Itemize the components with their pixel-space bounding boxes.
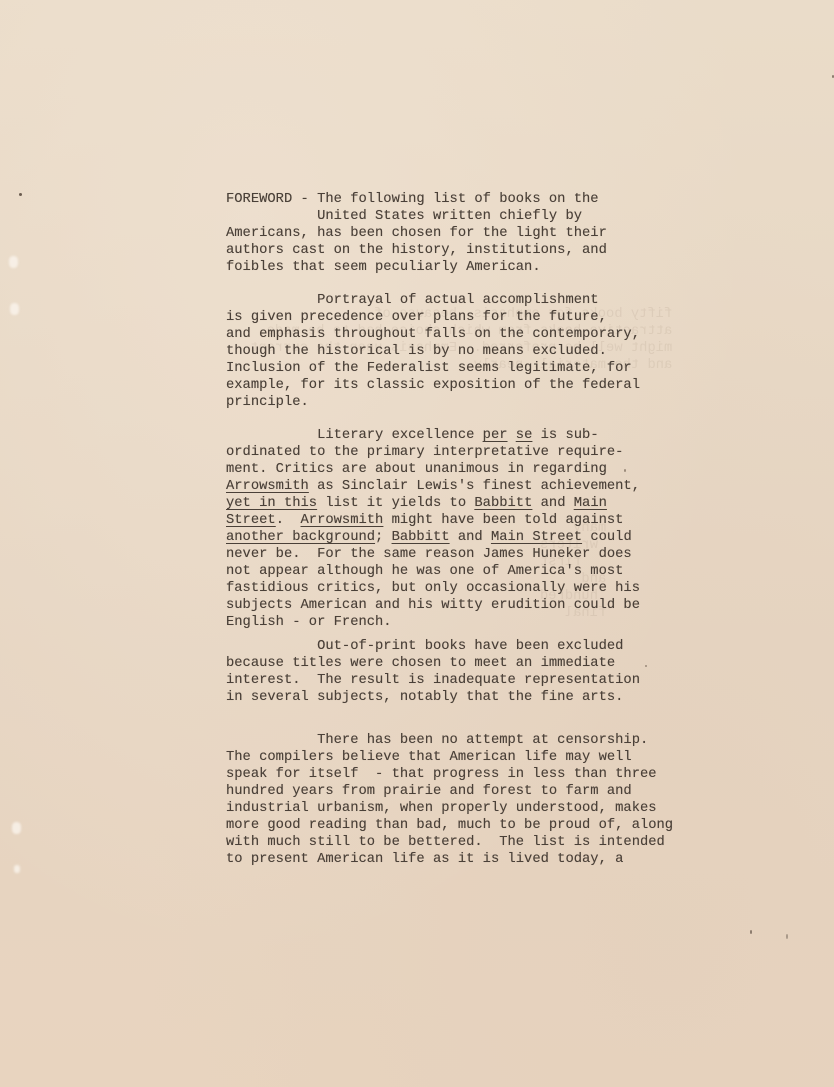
text-segment: English - or French. [226,615,392,630]
text-line: English - or French. [226,614,686,631]
text-segment: principle. [226,395,309,410]
text-segment: might have been told against [383,513,623,528]
text-line: hundred years from prairie and forest to… [226,783,686,800]
text-segment: United States written chiefly by [226,209,582,224]
text-line: with much still to be bettered. The list… [226,834,686,851]
text-segment [508,428,516,443]
underlined-title: Babbitt [474,496,532,511]
text-segment: The compilers believe that American life… [226,750,632,765]
text-line: because titles were chosen to meet an im… [226,655,686,672]
text-segment: hundred years from prairie and forest to… [226,784,632,799]
text-segment: ; [375,530,392,545]
text-segment: fastidious critics, but only occasionall… [226,581,640,596]
text-segment: though the historical is by no means exc… [226,344,607,359]
text-line: another background; Babbitt and Main Str… [226,529,686,546]
underlined-title: yet in this [226,496,317,511]
paper-speck [750,930,752,934]
text-segment: to present American life as it is lived … [226,852,623,867]
text-segment: as Sinclair Lewis's finest achievement, [309,479,640,494]
underlined-title: Main [574,496,607,511]
text-segment: interest. The result is inadequate repre… [226,673,640,688]
underlined-title: se [516,428,533,443]
text-segment: Portrayal of actual accomplishment [226,293,599,308]
text-line: to present American life as it is lived … [226,851,686,868]
paragraph-foreword-intro: FOREWORD - The following list of books o… [226,191,686,276]
text-line: authors cast on the history, institution… [226,242,686,259]
text-line: principle. [226,394,686,411]
text-line: subjects American and his witty eruditio… [226,597,686,614]
text-segment: and [450,530,491,545]
text-segment: Inclusion of the Federalist seems legiti… [226,361,632,376]
text-line: never be. For the same reason James Hune… [226,546,686,563]
text-segment: example, for its classic exposition of t… [226,378,640,393]
text-line: United States written chiefly by [226,208,686,225]
text-segment: could [582,530,632,545]
text-line: and emphasis throughout falls on the con… [226,326,686,343]
text-line: example, for its classic exposition of t… [226,377,686,394]
text-line: Arrowsmith as Sinclair Lewis's finest ac… [226,478,686,495]
underlined-title: Main Street [491,530,582,545]
text-segment: ment. Critics are about unanimous in reg… [226,462,607,477]
text-line: though the historical is by no means exc… [226,343,686,360]
text-segment: not appear although he was one of Americ… [226,564,623,579]
text-segment: There has been no attempt at censorship. [226,733,648,748]
text-segment: Americans, has been chosen for the light… [226,226,607,241]
text-line: FOREWORD - The following list of books o… [226,191,686,208]
typewritten-page: fifty books for emphasis, because of att… [0,0,834,1087]
text-segment: list it yields to [317,496,474,511]
underlined-title: Arrowsmith [226,479,309,494]
text-line: industrial urbanism, when properly under… [226,800,686,817]
underlined-title: Street [226,513,276,528]
paper-speck [19,193,22,196]
underlined-title: Babbitt [392,530,450,545]
text-line: ment. Critics are about unanimous in reg… [226,461,686,478]
text-segment: is given precedence over plans for the f… [226,310,607,325]
paper-blemish [9,256,18,268]
text-segment: and [532,496,573,511]
text-line: interest. The result is inadequate repre… [226,672,686,689]
text-line: not appear although he was one of Americ… [226,563,686,580]
text-segment: Literary excellence [226,428,483,443]
text-line: yet in this list it yields to Babbitt an… [226,495,686,512]
text-line: ordinated to the primary interpretative … [226,444,686,461]
text-segment: foibles that seem peculiarly American. [226,260,541,275]
text-segment: speak for itself - that progress in less… [226,767,657,782]
paper-blemish [12,822,21,834]
underlined-title: another background [226,530,375,545]
text-line: speak for itself - that progress in less… [226,766,686,783]
text-segment: ordinated to the primary interpretative … [226,445,623,460]
underlined-title: Arrowsmith [301,513,384,528]
text-line: is given precedence over plans for the f… [226,309,686,326]
paragraph-censorship: There has been no attempt at censorship.… [226,732,686,868]
underlined-title: per [483,428,508,443]
text-segment: because titles were chosen to meet an im… [226,656,615,671]
text-line: more good reading than bad, much to be p… [226,817,686,834]
text-line: fastidious critics, but only occasionall… [226,580,686,597]
text-segment: is sub- [532,428,598,443]
text-line: Out-of-print books have been excluded [226,638,686,655]
text-line: Portrayal of actual accomplishment [226,292,686,309]
text-segment: Out-of-print books have been excluded [226,639,623,654]
text-line: Americans, has been chosen for the light… [226,225,686,242]
paragraph-literary-excellence: Literary excellence per se is sub-ordina… [226,427,686,631]
text-segment: never be. For the same reason James Hune… [226,547,632,562]
text-segment: authors cast on the history, institution… [226,243,607,258]
text-line: The compilers believe that American life… [226,749,686,766]
paper-blemish [10,303,19,315]
text-segment: more good reading than bad, much to be p… [226,818,673,833]
text-line: in several subjects, notably that the fi… [226,689,686,706]
text-segment: . [276,513,301,528]
text-segment: with much still to be bettered. The list… [226,835,665,850]
text-segment: in several subjects, notably that the fi… [226,690,623,705]
text-line: Street. Arrowsmith might have been told … [226,512,686,529]
text-segment: industrial urbanism, when properly under… [226,801,657,816]
text-line: There has been no attempt at censorship. [226,732,686,749]
paper-blemish [14,865,20,873]
text-line: foibles that seem peculiarly American. [226,259,686,276]
text-segment: and emphasis throughout falls on the con… [226,327,640,342]
paragraph-out-of-print: Out-of-print books have been excludedbec… [226,638,686,706]
paragraph-portrayal: Portrayal of actual accomplishmentis giv… [226,292,686,411]
text-line: Inclusion of the Federalist seems legiti… [226,360,686,377]
text-line: Literary excellence per se is sub- [226,427,686,444]
text-segment: FOREWORD - The following list of books o… [226,192,599,207]
text-segment: subjects American and his witty eruditio… [226,598,640,613]
paper-speck [786,934,788,939]
